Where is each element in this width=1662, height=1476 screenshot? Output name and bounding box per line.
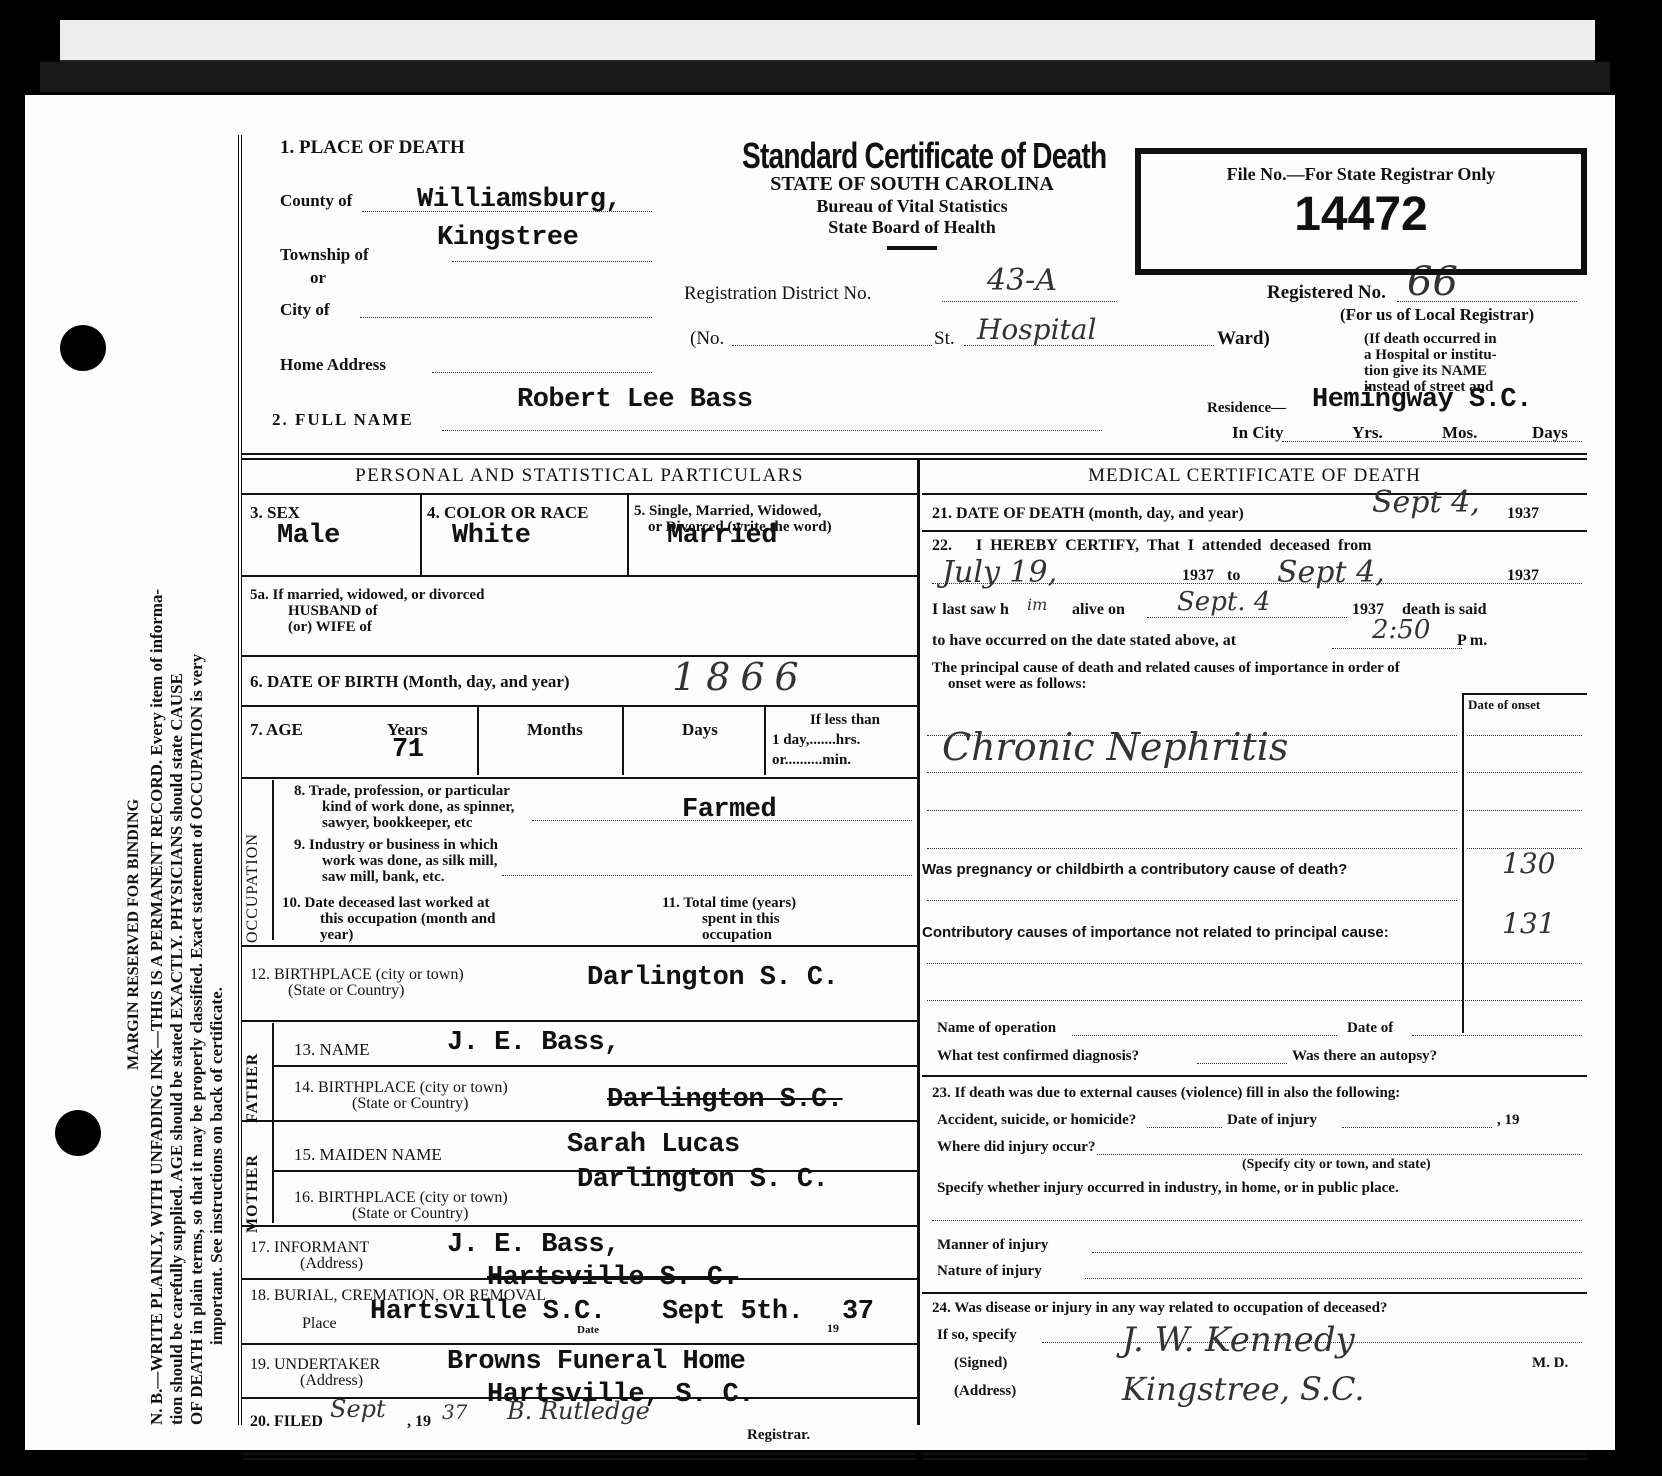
physician-signature[interactable]: J. W. Kennedy bbox=[1122, 1320, 1355, 1360]
registration-district-label: Registration District No. bbox=[684, 283, 871, 305]
township-value[interactable]: Kingstree bbox=[437, 223, 578, 253]
attended-from-value[interactable]: July 19, bbox=[942, 555, 1057, 590]
industry-field[interactable] bbox=[502, 875, 912, 876]
marital-label-line: 5. Single, Married, Widowed, bbox=[634, 503, 832, 519]
marital-value[interactable]: Married bbox=[667, 521, 777, 551]
industry-label-line: 9. Industry or business in which bbox=[294, 837, 498, 853]
medical-heading: MEDICAL CERTIFICATE OF DEATH bbox=[922, 465, 1587, 487]
rule bbox=[242, 655, 917, 657]
occupation-related-label: 24. Was disease or injury in any way rel… bbox=[932, 1300, 1387, 1317]
onset-line-2 bbox=[1467, 772, 1582, 773]
registration-district-line bbox=[942, 301, 1117, 302]
date-of-death-label: 21. DATE OF DEATH (month, day, and year) bbox=[932, 505, 1244, 523]
rule bbox=[627, 493, 629, 575]
onset-line-3 bbox=[1467, 810, 1582, 811]
column-divider bbox=[917, 460, 920, 1425]
burial-year-prefix: 19 bbox=[827, 1320, 839, 1336]
hospital-note-line: tion give its NAME bbox=[1364, 363, 1497, 379]
spouse-label-line: 5a. If married, widowed, or divorced bbox=[250, 587, 484, 603]
rule bbox=[922, 1292, 1587, 1294]
where-field[interactable] bbox=[1097, 1154, 1582, 1155]
home-address-label: Home Address bbox=[280, 355, 386, 375]
total-time-line: 11. Total time (years) bbox=[662, 895, 796, 911]
attended-to-value[interactable]: Sept 4, bbox=[1277, 555, 1385, 590]
injury-date-field[interactable] bbox=[1342, 1127, 1492, 1128]
last-worked-line: year) bbox=[282, 927, 495, 943]
place-of-death-heading: 1. PLACE OF DEATH bbox=[280, 137, 465, 159]
mother-birthplace-line: (State or Country) bbox=[294, 1206, 508, 1222]
father-birthplace-line: (State or Country) bbox=[294, 1096, 508, 1112]
rule bbox=[242, 575, 917, 577]
residence-label: Residence— bbox=[1207, 400, 1286, 416]
burial-place-value[interactable]: Hartsville S.C. bbox=[370, 1297, 606, 1327]
mother-birthplace-label: 16. BIRTHPLACE (city or town) (State or … bbox=[294, 1190, 508, 1222]
margin-instruction-line-3: OF DEATH in plain terms, so that it may … bbox=[187, 654, 207, 1425]
where-label: Where did injury occur? bbox=[937, 1139, 1095, 1156]
total-time-label: 11. Total time (years) spent in this occ… bbox=[662, 895, 796, 943]
last-worked-line: this occupation (month and bbox=[282, 911, 495, 927]
birthplace-label-line: 12. BIRTHPLACE (city or town) bbox=[250, 967, 464, 983]
where-note: (Specify city or town, and state) bbox=[1242, 1157, 1431, 1173]
last-saw-date[interactable]: Sept. 4 bbox=[1177, 587, 1270, 617]
filed-date-value[interactable]: Sept bbox=[330, 1395, 386, 1423]
spouse-label: 5a. If married, widowed, or divorced HUS… bbox=[250, 587, 484, 635]
city-label: City of bbox=[280, 300, 330, 320]
rule bbox=[420, 493, 422, 575]
spouse-label-line: (or) WIFE of bbox=[250, 619, 484, 635]
certificate-title: Standard Certificate of Death bbox=[742, 135, 1038, 177]
city-field[interactable] bbox=[360, 317, 652, 318]
street-no-line bbox=[732, 345, 932, 346]
rule bbox=[622, 705, 624, 775]
sex-label: 3. SEX bbox=[250, 503, 300, 523]
header-divider bbox=[242, 453, 1587, 460]
margin-instruction-line-2: tion should be carefully supplied. AGE s… bbox=[167, 673, 187, 1425]
undertaker-name-value[interactable]: Browns Funeral Home bbox=[447, 1347, 745, 1377]
days-label: Days bbox=[682, 720, 718, 740]
rule bbox=[242, 1343, 917, 1345]
physician-address-value[interactable]: Kingstree, S.C. bbox=[1122, 1370, 1365, 1408]
certify-label: 22. I HEREBY CERTIFY, That I attended de… bbox=[932, 537, 1371, 555]
binding-margin: MARGIN RESERVED FOR BINDING N. B.—WRITE … bbox=[105, 125, 230, 1435]
onset-line-1 bbox=[1467, 735, 1582, 736]
accident-label: Accident, suicide, or homicide? bbox=[937, 1112, 1136, 1129]
home-address-field[interactable] bbox=[432, 372, 652, 373]
rule bbox=[242, 777, 917, 779]
specify-field[interactable] bbox=[932, 1220, 1582, 1221]
total-time-line: occupation bbox=[662, 927, 796, 943]
bureau-name: Bureau of Vital Statistics bbox=[742, 196, 1082, 217]
registered-no-label: Registered No. bbox=[1267, 282, 1386, 304]
rule bbox=[922, 493, 1587, 495]
father-birthplace-label: 14. BIRTHPLACE (city or town) (State or … bbox=[294, 1080, 508, 1112]
informant-label-line: 17. INFORMANT bbox=[250, 1240, 369, 1256]
nature-label: Nature of injury bbox=[937, 1263, 1042, 1280]
county-label: County of bbox=[280, 191, 352, 211]
cause-line-2 bbox=[927, 772, 1457, 773]
registration-district-value[interactable]: 43-A bbox=[987, 263, 1057, 298]
time-line bbox=[1332, 648, 1462, 649]
manner-field[interactable] bbox=[1092, 1252, 1582, 1253]
contributory-code[interactable]: 131 bbox=[1502, 907, 1555, 940]
total-time-line: spent in this bbox=[662, 911, 796, 927]
punch-hole-bottom bbox=[55, 1110, 101, 1156]
margin-reserved-text: MARGIN RESERVED FOR BINDING bbox=[125, 799, 143, 1070]
dob-label: 6. DATE OF BIRTH (Month, day, and year) bbox=[250, 672, 570, 692]
trade-label-line: sawyer, bookkeeper, etc bbox=[294, 815, 514, 831]
rule bbox=[477, 705, 479, 775]
less-than-line: If less than bbox=[772, 710, 880, 730]
mother-name-label: 15. MAIDEN NAME bbox=[294, 1145, 442, 1165]
if-so-label: If so, specify bbox=[937, 1327, 1017, 1344]
spouse-label-line: HUSBAND of bbox=[250, 603, 484, 619]
occurred-label: to have occurred on the date stated abov… bbox=[932, 632, 1236, 650]
cause-line-4 bbox=[927, 848, 1457, 849]
burial-year-value[interactable]: 37 bbox=[842, 1297, 873, 1327]
file-number-box: File No.—For State Registrar Only 14472 bbox=[1135, 148, 1587, 275]
certificate-form: 1. PLACE OF DEATH County of Williamsburg… bbox=[238, 135, 1587, 1425]
race-value[interactable]: White bbox=[452, 521, 531, 551]
cause-of-death-value[interactable]: Chronic Nephritis bbox=[942, 725, 1288, 769]
last-saw-line bbox=[1147, 617, 1347, 618]
less-than-line: 1 day,.......hrs. bbox=[772, 730, 880, 750]
onset-column-divider bbox=[1462, 693, 1464, 1033]
mother-name-value[interactable]: Sarah Lucas bbox=[567, 1130, 740, 1160]
residence-value[interactable]: Hemingway S.C. bbox=[1312, 385, 1532, 415]
rule bbox=[922, 1075, 1587, 1077]
scan-top-edge bbox=[60, 20, 1595, 63]
rule bbox=[242, 493, 917, 495]
last-saw-pronoun[interactable]: im bbox=[1027, 595, 1047, 614]
full-name-line bbox=[442, 430, 1102, 431]
full-name-value[interactable]: Robert Lee Bass bbox=[517, 385, 753, 415]
last-worked-line: 10. Date deceased last worked at bbox=[282, 895, 495, 911]
rule bbox=[922, 530, 1587, 532]
residence-line bbox=[1282, 441, 1582, 442]
operation-date-field[interactable] bbox=[1412, 1035, 1582, 1036]
onset-label: Date of onset bbox=[1468, 697, 1540, 713]
burial-date-value[interactable]: Sept 5th. bbox=[662, 1297, 803, 1327]
burial-place-label: Place bbox=[302, 1315, 337, 1333]
physician-address-label: (Address) bbox=[954, 1383, 1016, 1400]
title-block: Standard Certificate of Death STATE OF S… bbox=[742, 135, 1122, 250]
ward-label: Ward) bbox=[1217, 328, 1270, 350]
street-no-label: (No. bbox=[690, 328, 724, 350]
undertaker-label: 19. UNDERTAKER (Address) bbox=[250, 1357, 380, 1389]
mother-side-label: MOTHER bbox=[244, 1154, 262, 1233]
or-label: or bbox=[310, 268, 326, 288]
street-value[interactable]: Hospital bbox=[977, 313, 1096, 346]
autopsy-label: Was there an autopsy? bbox=[1292, 1048, 1437, 1065]
township-label: Township of bbox=[280, 245, 369, 265]
months-label: Months bbox=[527, 720, 583, 740]
rule bbox=[242, 1120, 917, 1122]
registrar-label: Registrar. bbox=[747, 1427, 810, 1443]
filed-year-value[interactable]: 37 bbox=[442, 1400, 467, 1424]
specify-label: Specify whether injury occurred in indus… bbox=[937, 1180, 1399, 1197]
rule bbox=[272, 1023, 274, 1223]
cause-label-line: onset were as follows: bbox=[932, 676, 1400, 692]
father-side-label: FATHER bbox=[244, 1053, 262, 1123]
birthplace-label: 12. BIRTHPLACE (city or town) (State or … bbox=[250, 967, 464, 999]
filed-label: 20. FILED bbox=[250, 1413, 323, 1431]
file-number[interactable]: 14472 bbox=[1141, 187, 1581, 242]
pregnancy-label: Was pregnancy or childbirth a contributo… bbox=[922, 862, 1347, 878]
age-label: 7. AGE bbox=[250, 720, 303, 740]
board-name: State Board of Health bbox=[742, 217, 1082, 238]
contributory-line-1 bbox=[927, 963, 1582, 964]
time-value[interactable]: 2:50 bbox=[1372, 615, 1430, 645]
last-saw-label: I last saw h bbox=[932, 601, 1009, 619]
injury-date-label: Date of injury bbox=[1227, 1112, 1317, 1129]
yrs-label: Yrs. bbox=[1352, 423, 1383, 443]
contributory-label: Contributory causes of importance not re… bbox=[922, 925, 1389, 941]
time-suffix: P m. bbox=[1457, 632, 1487, 650]
operation-date-label: Date of bbox=[1347, 1020, 1393, 1037]
birthplace-value[interactable]: Darlington S. C. bbox=[587, 963, 838, 993]
county-value[interactable]: Williamsburg, bbox=[417, 185, 621, 215]
cause-label-line: The principal cause of death and related… bbox=[932, 660, 1400, 676]
rule bbox=[242, 1020, 917, 1022]
pregnancy-code[interactable]: 130 bbox=[1502, 847, 1555, 880]
test-label: What test confirmed diagnosis? bbox=[937, 1048, 1139, 1065]
accident-field[interactable] bbox=[1147, 1127, 1222, 1128]
test-field[interactable] bbox=[1197, 1063, 1287, 1064]
operation-label: Name of operation bbox=[937, 1020, 1056, 1037]
bottom-rule bbox=[242, 1453, 917, 1460]
md-label: M. D. bbox=[1532, 1355, 1568, 1372]
title-rule bbox=[887, 246, 937, 250]
rule bbox=[764, 705, 766, 775]
father-name-label: 13. NAME bbox=[294, 1040, 370, 1060]
sex-value[interactable]: Male bbox=[277, 521, 340, 551]
mother-birthplace-value[interactable]: Darlington S. C. bbox=[577, 1165, 828, 1195]
rule bbox=[272, 780, 274, 940]
trade-label: 8. Trade, profession, or particular kind… bbox=[294, 783, 514, 831]
rule bbox=[272, 1065, 917, 1067]
less-than-line: or..........min. bbox=[772, 750, 880, 770]
operation-field[interactable] bbox=[1072, 1035, 1337, 1036]
margin-instruction-line-1: N. B.—WRITE PLAINLY, WITH UNFADING INK—T… bbox=[147, 589, 167, 1425]
rule bbox=[242, 945, 917, 947]
local-registrar-note: (For us of Local Registrar) bbox=[1340, 305, 1534, 325]
bottom-rule bbox=[922, 1453, 1587, 1460]
occupation-side-label: OCCUPATION bbox=[244, 833, 262, 943]
father-name-value[interactable]: J. E. Bass, bbox=[447, 1028, 620, 1058]
contributory-line-2 bbox=[927, 1000, 1582, 1001]
date-of-death-year[interactable]: 1937 bbox=[1507, 505, 1539, 523]
days-label: Days bbox=[1532, 423, 1568, 443]
to-label: to bbox=[1227, 567, 1240, 585]
cause-line-3 bbox=[927, 810, 1457, 811]
signed-label: (Signed) bbox=[954, 1355, 1007, 1372]
attended-from-year[interactable]: 1937 bbox=[1182, 567, 1214, 585]
industry-label-line: saw mill, bank, etc. bbox=[294, 869, 498, 885]
father-birthplace-value[interactable]: Darlington S.C. bbox=[607, 1085, 843, 1115]
burial-date-label: Date bbox=[577, 1322, 599, 1338]
mother-birthplace-line: 16. BIRTHPLACE (city or town) bbox=[294, 1190, 508, 1206]
rule bbox=[1462, 693, 1587, 695]
rule bbox=[242, 1225, 917, 1227]
dob-value[interactable]: 1866 bbox=[672, 655, 809, 699]
alive-on-label: alive on bbox=[1072, 601, 1125, 619]
nature-field[interactable] bbox=[1085, 1278, 1582, 1279]
full-name-label: 2. FULL NAME bbox=[272, 410, 414, 430]
birthplace-label-line: (State or Country) bbox=[250, 983, 464, 999]
informant-label-line: (Address) bbox=[250, 1256, 369, 1272]
punch-hole-top bbox=[60, 325, 106, 371]
hospital-note-line: a Hospital or institu- bbox=[1364, 347, 1497, 363]
industry-label: 9. Industry or business in which work wa… bbox=[294, 837, 498, 885]
race-label: 4. COLOR OR RACE bbox=[427, 503, 589, 523]
scan-top-shadow bbox=[40, 62, 1610, 92]
injury-year-label: , 19 bbox=[1497, 1112, 1520, 1129]
informant-name-value[interactable]: J. E. Bass, bbox=[447, 1230, 620, 1260]
margin-instruction-line-4: important. See instructions on back of c… bbox=[207, 987, 227, 1345]
undertaker-label-line: 19. UNDERTAKER bbox=[250, 1357, 380, 1373]
cause-label: The principal cause of death and related… bbox=[932, 660, 1400, 692]
pregnancy-line bbox=[927, 900, 1457, 901]
years-value[interactable]: 71 bbox=[392, 735, 423, 765]
trade-label-line: kind of work done, as spinner, bbox=[294, 799, 514, 815]
file-box-label: File No.—For State Registrar Only bbox=[1141, 164, 1581, 185]
personal-heading: PERSONAL AND STATISTICAL PARTICULARS bbox=[242, 465, 917, 487]
industry-label-line: work was done, as silk mill, bbox=[294, 853, 498, 869]
attended-to-year[interactable]: 1937 bbox=[1507, 567, 1539, 585]
rule bbox=[242, 705, 917, 707]
last-worked-label: 10. Date deceased last worked at this oc… bbox=[282, 895, 495, 943]
trade-label-line: 8. Trade, profession, or particular bbox=[294, 783, 514, 799]
registrar-signature[interactable]: B. Rutledge bbox=[507, 1397, 650, 1425]
father-birthplace-line: 14. BIRTHPLACE (city or town) bbox=[294, 1080, 508, 1096]
informant-label: 17. INFORMANT (Address) bbox=[250, 1240, 369, 1272]
less-than-day-label: If less than 1 day,.......hrs. or.......… bbox=[772, 710, 880, 770]
in-city-label: In City bbox=[1232, 423, 1283, 443]
township-line bbox=[452, 261, 652, 262]
mos-label: Mos. bbox=[1442, 423, 1477, 443]
undertaker-label-line: (Address) bbox=[250, 1373, 380, 1389]
date-of-death-value[interactable]: Sept 4, bbox=[1372, 485, 1480, 520]
filed-year-label: , 19 bbox=[407, 1413, 431, 1431]
hospital-note-line: (If death occurred in bbox=[1364, 331, 1497, 347]
external-causes-label: 23. If death was due to external causes … bbox=[932, 1085, 1400, 1102]
trade-value[interactable]: Farmed bbox=[682, 795, 776, 825]
street-label: St. bbox=[934, 328, 955, 350]
manner-label: Manner of injury bbox=[937, 1237, 1048, 1254]
